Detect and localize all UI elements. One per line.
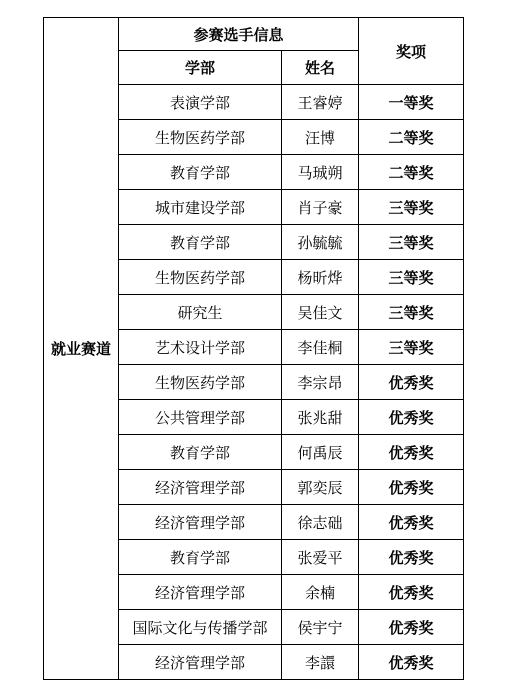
name-cell: 李宗昂 <box>282 365 359 400</box>
dept-cell: 经济管理学部 <box>119 470 282 505</box>
name-cell: 张兆甜 <box>282 400 359 435</box>
name-cell: 李譞 <box>282 645 359 680</box>
track-cell: 就业赛道 <box>44 18 119 680</box>
award-cell: 三等奖 <box>359 330 464 365</box>
award-results-table: 就业赛道 参赛选手信息 奖项 学部 姓名 表演学部王睿婷一等奖生物医药学部汪博二… <box>43 17 464 680</box>
award-cell: 二等奖 <box>359 120 464 155</box>
dept-cell: 教育学部 <box>119 540 282 575</box>
dept-cell: 表演学部 <box>119 85 282 120</box>
name-cell: 马珹朔 <box>282 155 359 190</box>
name-cell: 李佳桐 <box>282 330 359 365</box>
name-cell: 孙毓毓 <box>282 225 359 260</box>
name-cell: 张爱平 <box>282 540 359 575</box>
award-cell: 三等奖 <box>359 295 464 330</box>
award-cell: 优秀奖 <box>359 540 464 575</box>
table-body: 就业赛道 参赛选手信息 奖项 学部 姓名 表演学部王睿婷一等奖生物医药学部汪博二… <box>44 18 464 680</box>
award-cell: 三等奖 <box>359 260 464 295</box>
name-cell: 余楠 <box>282 575 359 610</box>
award-cell: 优秀奖 <box>359 365 464 400</box>
award-cell: 三等奖 <box>359 225 464 260</box>
award-cell: 一等奖 <box>359 85 464 120</box>
dept-cell: 经济管理学部 <box>119 575 282 610</box>
dept-cell: 公共管理学部 <box>119 400 282 435</box>
name-cell: 肖子豪 <box>282 190 359 225</box>
dept-cell: 生物医药学部 <box>119 365 282 400</box>
dept-cell: 研究生 <box>119 295 282 330</box>
award-cell: 三等奖 <box>359 190 464 225</box>
dept-cell: 生物医药学部 <box>119 260 282 295</box>
dept-cell: 生物医药学部 <box>119 120 282 155</box>
award-cell: 优秀奖 <box>359 505 464 540</box>
award-cell: 优秀奖 <box>359 400 464 435</box>
page: 就业赛道 参赛选手信息 奖项 学部 姓名 表演学部王睿婷一等奖生物医药学部汪博二… <box>0 0 522 696</box>
award-cell: 优秀奖 <box>359 470 464 505</box>
name-cell: 侯宇宁 <box>282 610 359 645</box>
name-cell: 杨昕烨 <box>282 260 359 295</box>
award-cell: 优秀奖 <box>359 645 464 680</box>
name-cell: 徐志础 <box>282 505 359 540</box>
award-cell: 优秀奖 <box>359 575 464 610</box>
dept-cell: 艺术设计学部 <box>119 330 282 365</box>
name-cell: 吴佳文 <box>282 295 359 330</box>
dept-cell: 教育学部 <box>119 225 282 260</box>
dept-cell: 教育学部 <box>119 155 282 190</box>
dept-cell: 城市建设学部 <box>119 190 282 225</box>
name-cell: 王睿婷 <box>282 85 359 120</box>
dept-cell: 经济管理学部 <box>119 505 282 540</box>
name-cell: 何禹辰 <box>282 435 359 470</box>
name-cell: 郭奕辰 <box>282 470 359 505</box>
header-contestant-info: 参赛选手信息 <box>119 18 359 51</box>
dept-cell: 经济管理学部 <box>119 645 282 680</box>
header-award-column: 奖项 <box>359 18 464 85</box>
header-name-column: 姓名 <box>282 51 359 85</box>
award-cell: 优秀奖 <box>359 435 464 470</box>
award-cell: 优秀奖 <box>359 610 464 645</box>
award-cell: 二等奖 <box>359 155 464 190</box>
header-row-group: 就业赛道 参赛选手信息 奖项 <box>44 18 464 51</box>
name-cell: 汪博 <box>282 120 359 155</box>
dept-cell: 教育学部 <box>119 435 282 470</box>
dept-cell: 国际文化与传播学部 <box>119 610 282 645</box>
header-dept-column: 学部 <box>119 51 282 85</box>
